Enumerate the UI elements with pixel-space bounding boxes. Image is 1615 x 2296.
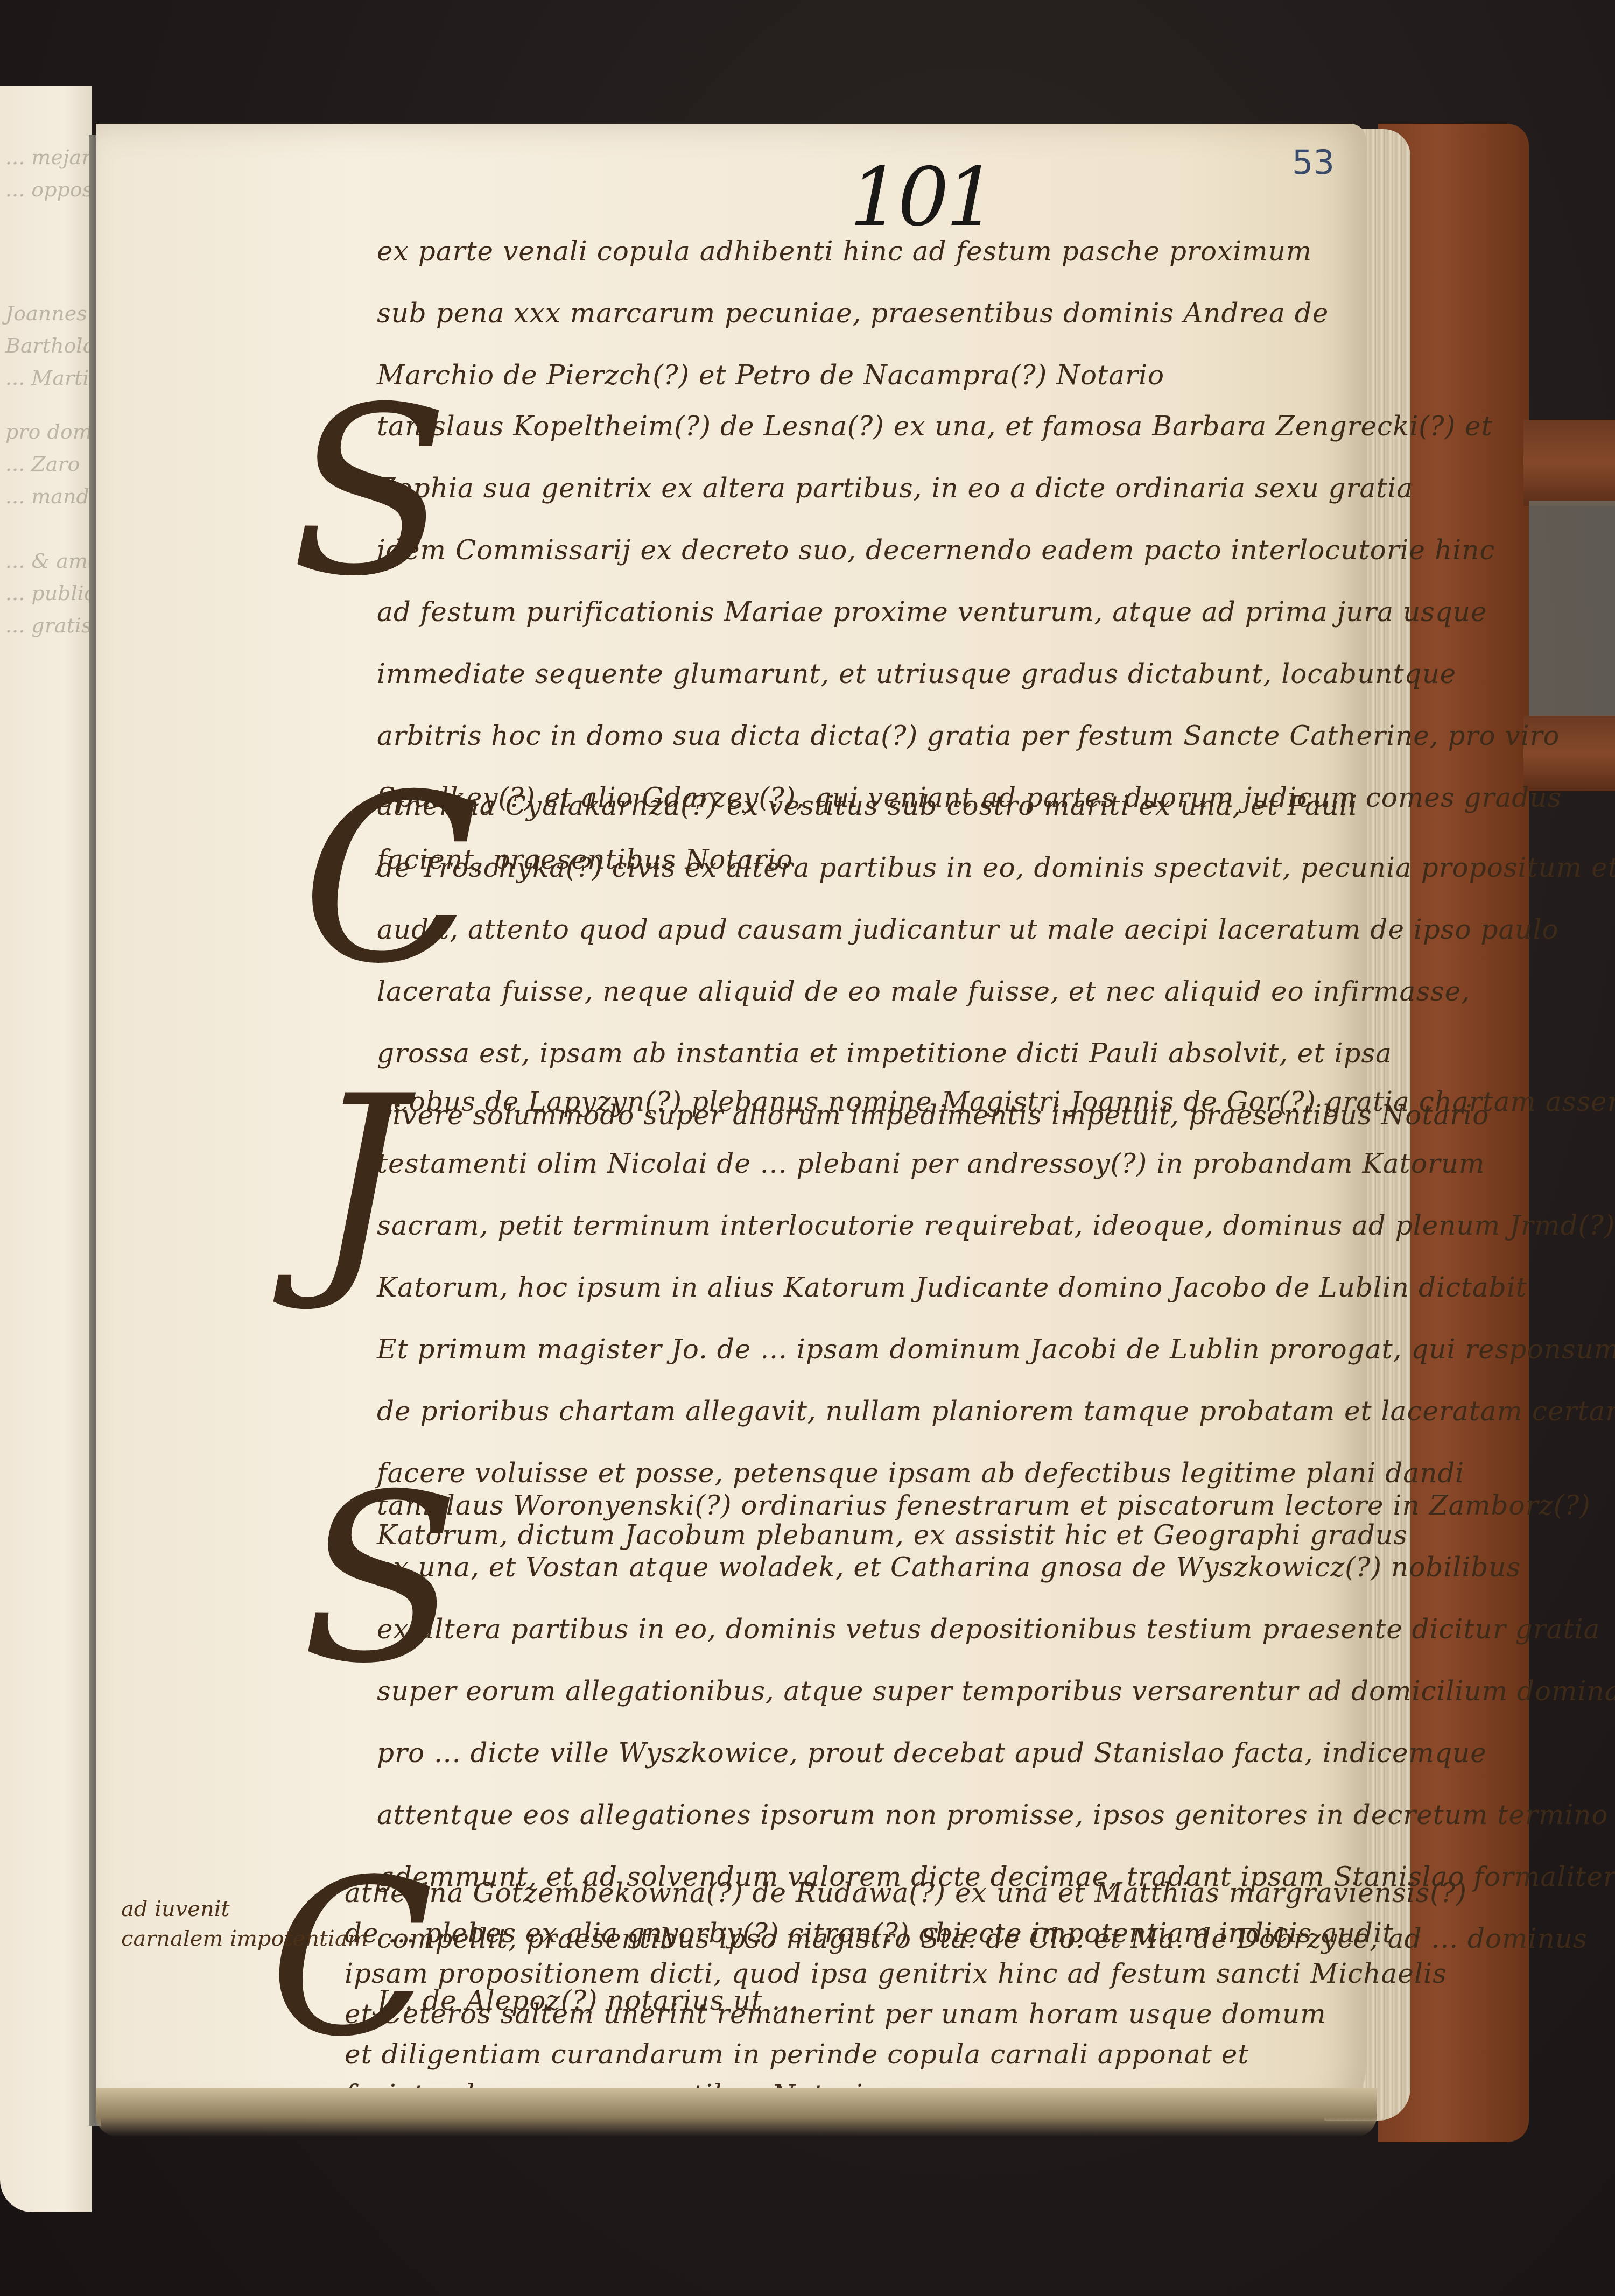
binding-strap-upper — [1523, 420, 1615, 506]
text-line: de prioribus chartam allegavit, nullam p… — [377, 1381, 1373, 1442]
text-line: ad festum purificationis Mariae proxime … — [377, 581, 1373, 643]
text-line: de ... plebes ex alia gnyorby(?) citron(… — [345, 1913, 1340, 1954]
marginal-note: ad iuvenit carnalem impotentiam — [121, 1894, 368, 1954]
folio-bottom-edge — [96, 2088, 1377, 2137]
text-line: testamenti olim Nicolai de ... plebani p… — [377, 1133, 1373, 1195]
binding-clasp-cloth — [1529, 501, 1615, 716]
text-line: atherina Gotzembekowna(?) de Rudawa(?) e… — [345, 1873, 1340, 1913]
text-line: ipsam propositionem dicti, quod ipsa gen… — [345, 1954, 1340, 1994]
text-line: arbitris hoc in domo sua dicta dicta(?) … — [377, 705, 1373, 767]
margin-line: ad iuvenit — [121, 1894, 368, 1924]
text-line: ex una, et Vostan atque woladek, et Cath… — [377, 1537, 1373, 1598]
text-line: sacram, petit terminum interlocutorie re… — [377, 1195, 1373, 1257]
text-line: acobus de Lapyzyn(?) plebanus nomine Mag… — [377, 1071, 1373, 1133]
ghost-text: pro dom — [5, 420, 92, 443]
text-line: tanislaus Woronyenski(?) ordinarius fene… — [377, 1475, 1373, 1537]
entry-continuation: ex parte venali copula adhibenti hinc ad… — [377, 221, 1373, 406]
text-line: ex altera partibus in eo, dominis vetus … — [377, 1598, 1373, 1660]
text-line: sub pena xxx marcarum pecuniae, praesent… — [377, 283, 1373, 344]
text-line: immediate sequente glumarunt, et utriusq… — [377, 643, 1373, 705]
text-line: Et primum magister Jo. de ... ipsam domi… — [377, 1319, 1373, 1381]
text-line: attentque eos allegationes ipsorum non p… — [377, 1784, 1373, 1846]
archive-number: 53 — [1292, 143, 1335, 182]
text-line: pro ... dicte ville Wyszkowice, prout de… — [377, 1722, 1373, 1784]
text-line: et Ceteros saltem unerint remanerint per… — [345, 1994, 1340, 2034]
text-line: Katorum, hoc ipsum in alius Katorum Judi… — [377, 1257, 1373, 1319]
text-line: et diligentiam curandarum in perinde cop… — [345, 2034, 1340, 2075]
text-line: audit, attento quod apud causam judicant… — [377, 899, 1373, 961]
text-line: lacerata fuisse, neque aliquid de eo mal… — [377, 961, 1373, 1023]
text-line: de Troschyka(?) civis ex altera partibus… — [377, 837, 1373, 899]
text-line: Zophia sua genitrix ex altera partibus, … — [377, 457, 1373, 519]
text-line: tanislaus Kopeltheim(?) de Lesna(?) ex u… — [377, 396, 1373, 457]
facing-page: ... mejane ... oppositum Joannes Barthol… — [0, 86, 92, 2212]
entry-catharina-second: atherina Gotzembekowna(?) de Rudawa(?) e… — [345, 1873, 1340, 2115]
ghost-text: Joannes — [5, 301, 87, 325]
text-line: ex parte venali copula adhibenti hinc ad… — [377, 221, 1373, 283]
ghost-text: ... Zaro — [5, 452, 80, 476]
ghost-text: ... gratis — [5, 614, 92, 637]
margin-line: carnalem impotentiam — [121, 1924, 368, 1954]
text-line: idem Commissarij ex decreto suo, decerne… — [377, 519, 1373, 581]
ghost-text: ... & amo — [5, 549, 100, 573]
text-line: super eorum allegationibus, atque super … — [377, 1660, 1373, 1722]
text-line: atherina Cyalakarhza(?) ex vestitus sub … — [377, 775, 1373, 837]
